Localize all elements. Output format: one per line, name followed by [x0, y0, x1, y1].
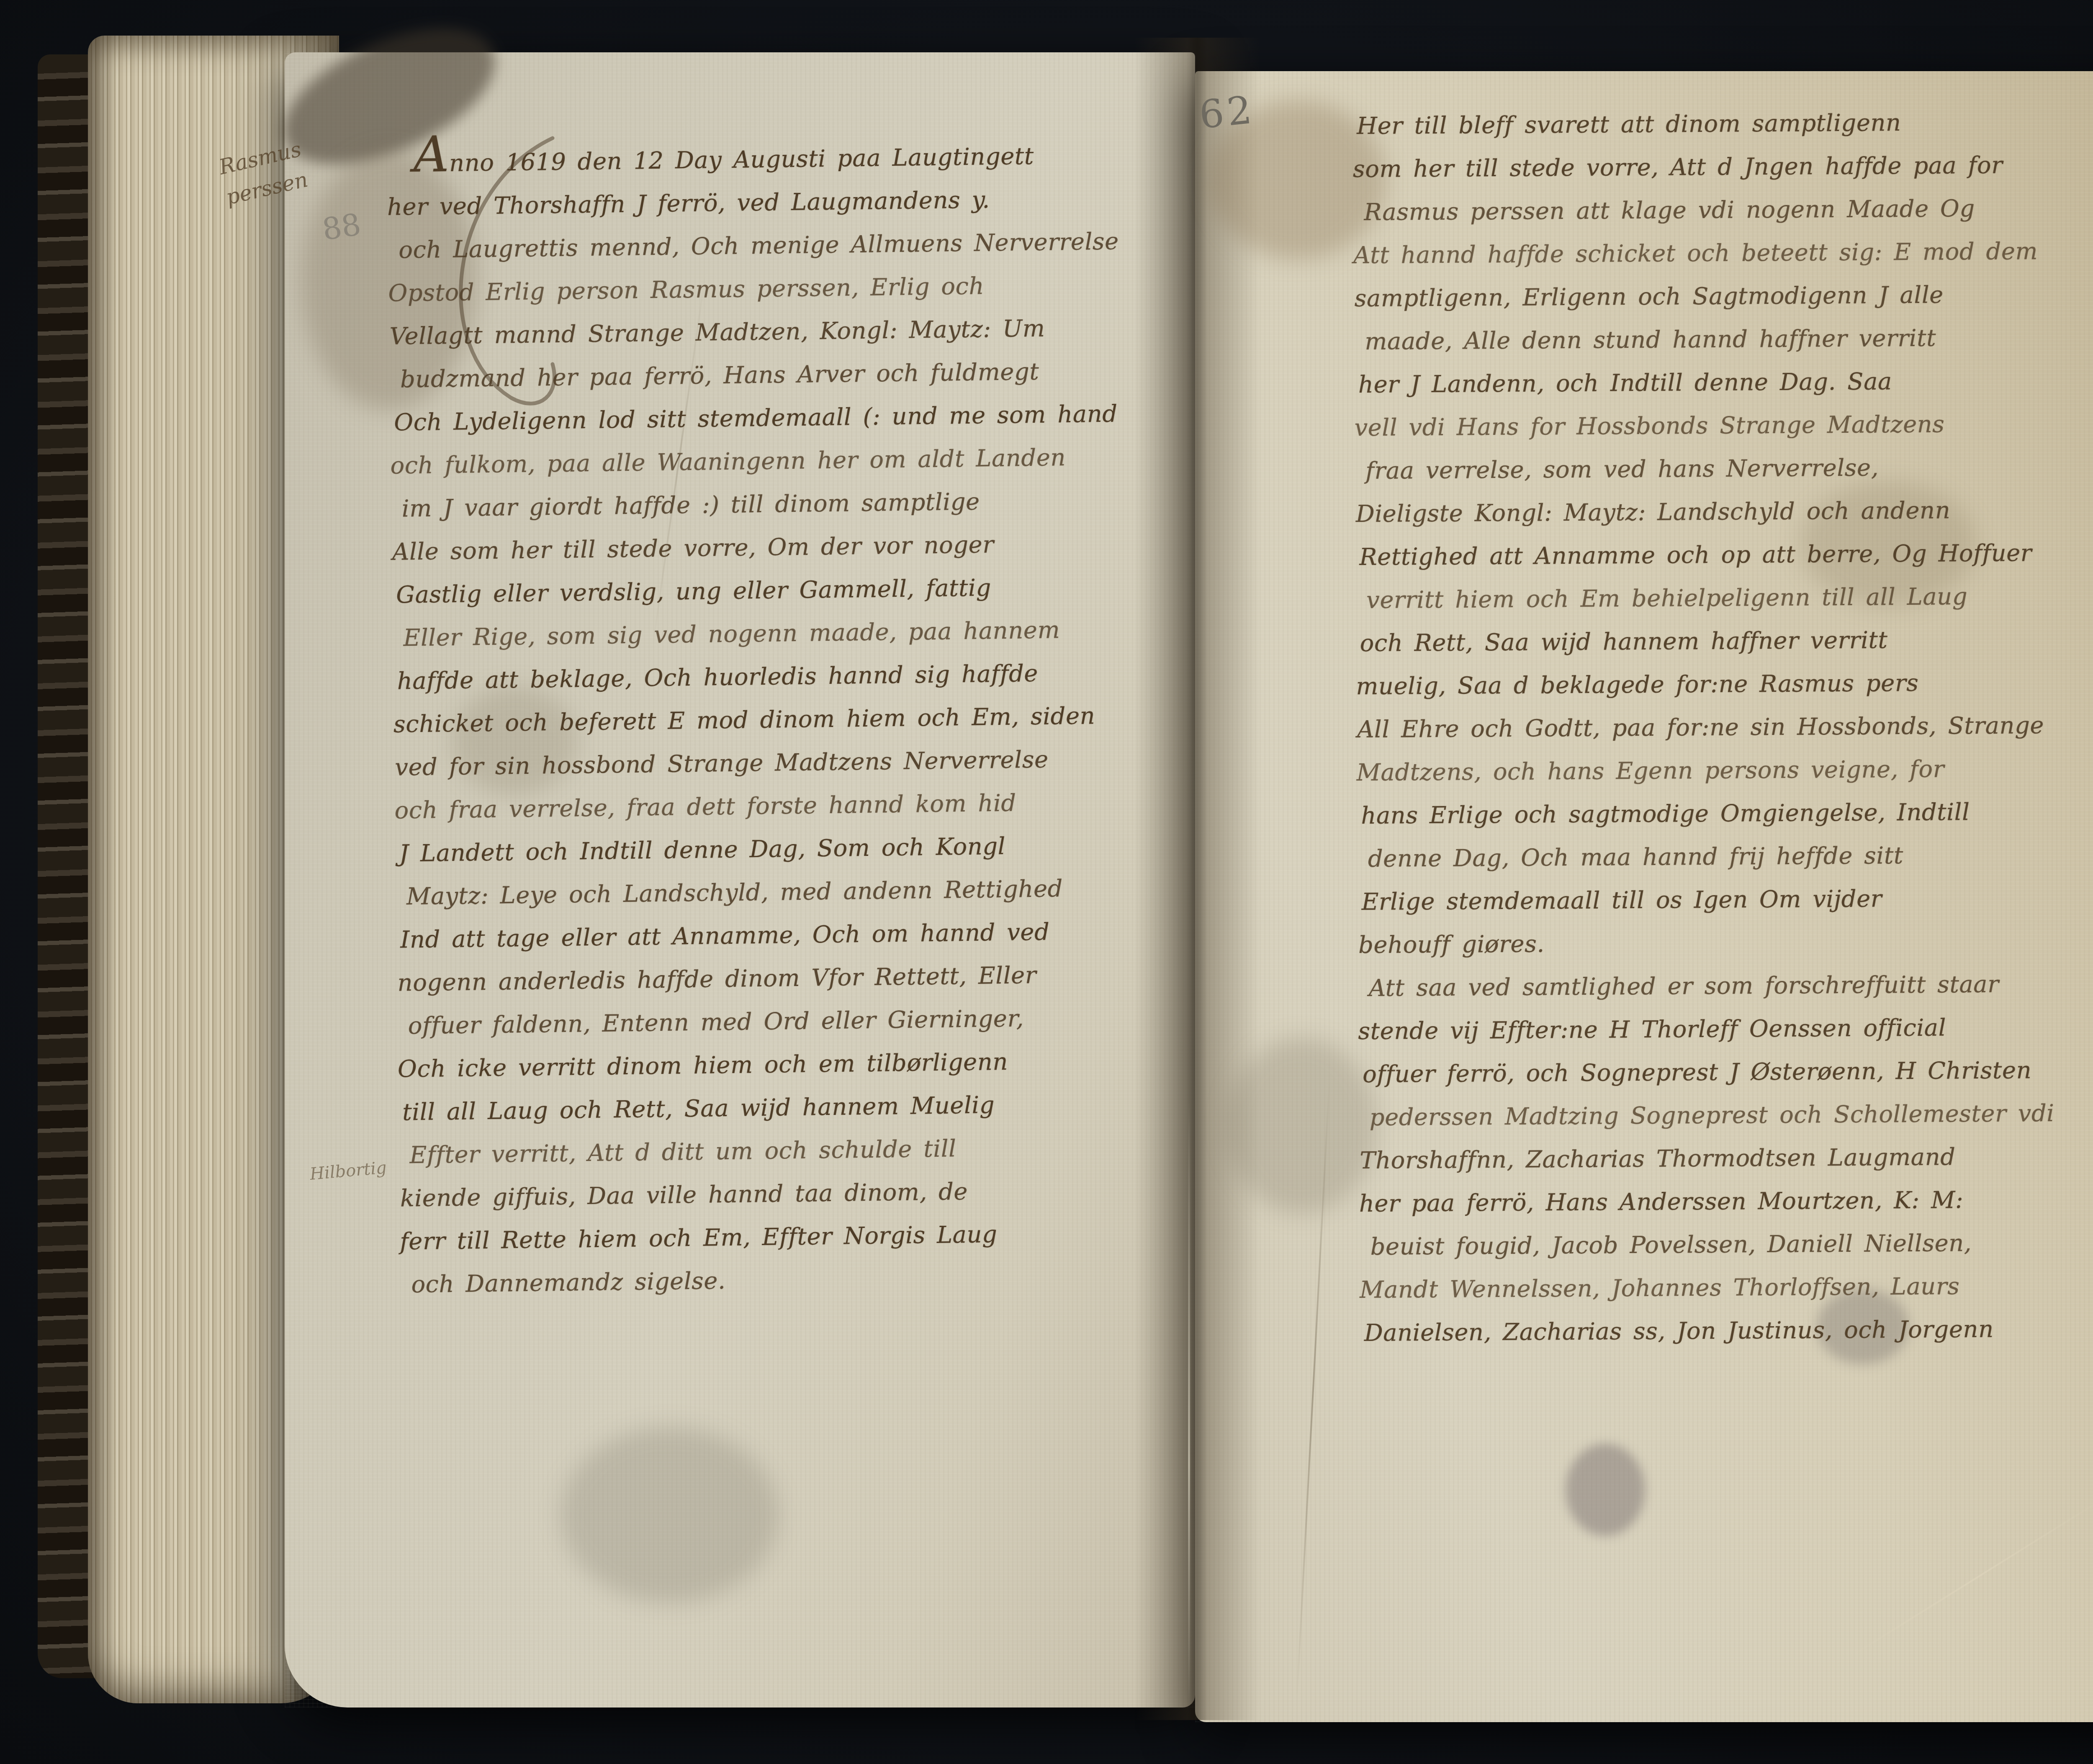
- handwritten-line: Danielsen, Zacharias ss, Jon Justinus, o…: [1364, 1307, 2056, 1355]
- right-page-handwriting: Her till bleff svarett att dinom samptli…: [1352, 100, 2056, 1355]
- handwritten-line: stende vij Effter:ne H Thorleff Oenssen …: [1358, 1006, 2054, 1053]
- handwritten-line: Mandt Wennelssen, Johannes Thorloffsen, …: [1360, 1264, 2055, 1312]
- handwritten-line: Eller Rige, som sig ved nogenn maade, pa…: [403, 608, 1124, 660]
- handwritten-line: Att saa ved samtlighed er som forschreff…: [1368, 963, 2053, 1010]
- faint-folio-number: 88: [320, 206, 363, 247]
- handwritten-line: som her till stede vorre, Att d Jngen ha…: [1353, 144, 2049, 191]
- handwritten-line: Alle som her till stede vorre, Om der vo…: [392, 521, 1123, 573]
- handwritten-line: fraa verrelse, som ved hans Nerverrelse,: [1365, 445, 2050, 493]
- handwritten-line: pederssen Madtzing Sogneprest och Scholl…: [1369, 1092, 2054, 1139]
- handwritten-line: Dieligste Kongl: Maytz: Landschyld och a…: [1356, 488, 2051, 536]
- handwritten-line: her J Landenn, och Indtill denne Dag. Sa…: [1358, 359, 2050, 406]
- handwritten-line: och Dannemandz sigelse.: [411, 1254, 1132, 1306]
- handwritten-line: Att hannd haffde schicket och beteett si…: [1353, 230, 2049, 277]
- handwritten-line: All Ehre och Godtt, paa for:ne sin Hossb…: [1357, 704, 2052, 751]
- handwritten-line: muelig, Saa d beklagede for:ne Rasmus pe…: [1356, 661, 2052, 708]
- page-number: 62: [1197, 87, 1257, 137]
- handwritten-line: her paa ferrö, Hans Anderssen Mourtzen, …: [1359, 1178, 2055, 1225]
- handwritten-line: och Rett, Saa wijd hannem haffner verrit…: [1360, 618, 2051, 665]
- handwritten-line: kiende giffuis, Daa ville hannd taa dino…: [400, 1168, 1131, 1220]
- left-page-handwriting: Anno 1619 den 12 Day Augusti paa Laugtin…: [386, 134, 1131, 1306]
- handwritten-line: Maytz: Leye och Landschyld, med andenn R…: [406, 866, 1127, 918]
- handwritten-line: Rasmus perssen att klage vdi nogenn Maad…: [1364, 187, 2049, 234]
- handwritten-line: Anno 1619 den 12 Day Augusti paa Laugtin…: [413, 134, 1118, 185]
- handwritten-line: Madtzens, och hans Egenn persons veigne,…: [1356, 747, 2052, 794]
- handwritten-line: verritt hiem och Em behielpeligenn till …: [1366, 575, 2051, 622]
- handwritten-line: budzmand her paa ferrö, Hans Arver och f…: [400, 349, 1121, 401]
- handwritten-line: och fraa verrelse, fraa dett forste hann…: [394, 780, 1126, 832]
- gutter-seam-highlight: [1188, 1101, 1190, 1708]
- handwritten-line: vell vdi Hans for Hossbonds Strange Madt…: [1354, 402, 2050, 449]
- handwritten-line: offuer ferrö, och Sogneprest J Østerøenn…: [1363, 1049, 2054, 1096]
- handwritten-line: hans Erlige och sagtmodige Omgiengelse, …: [1361, 790, 2052, 837]
- handwritten-line: behouff giøres.: [1358, 919, 2053, 967]
- handwritten-line: Thorshaffnn, Zacharias Thormodtsen Laugm…: [1360, 1135, 2054, 1182]
- handwritten-line: Rettighed att Annamme och op att berre, …: [1359, 532, 2051, 579]
- handwritten-line: Erlige stemdemaall till os Igen Om vijde…: [1361, 876, 2053, 924]
- handwritten-line: Her till bleff svarett att dinom samptli…: [1357, 100, 2048, 148]
- manuscript-book: Rasmus perssen 88 Hilbortig 62 Anno 1619…: [25, 13, 2093, 1737]
- handwritten-line: maade, Alle denn stund hannd haffner ver…: [1365, 316, 2049, 363]
- handwritten-line: beuist fougid, Jacob Povelssen, Daniell …: [1370, 1221, 2055, 1268]
- handwritten-line: offuer faldenn, Entenn med Ord eller Gie…: [408, 996, 1129, 1048]
- handwritten-line: samptligenn, Erligenn och Sagtmodigenn J…: [1354, 273, 2049, 320]
- handwritten-line: denne Dag, Och maa hannd frij heffde sit…: [1368, 833, 2053, 881]
